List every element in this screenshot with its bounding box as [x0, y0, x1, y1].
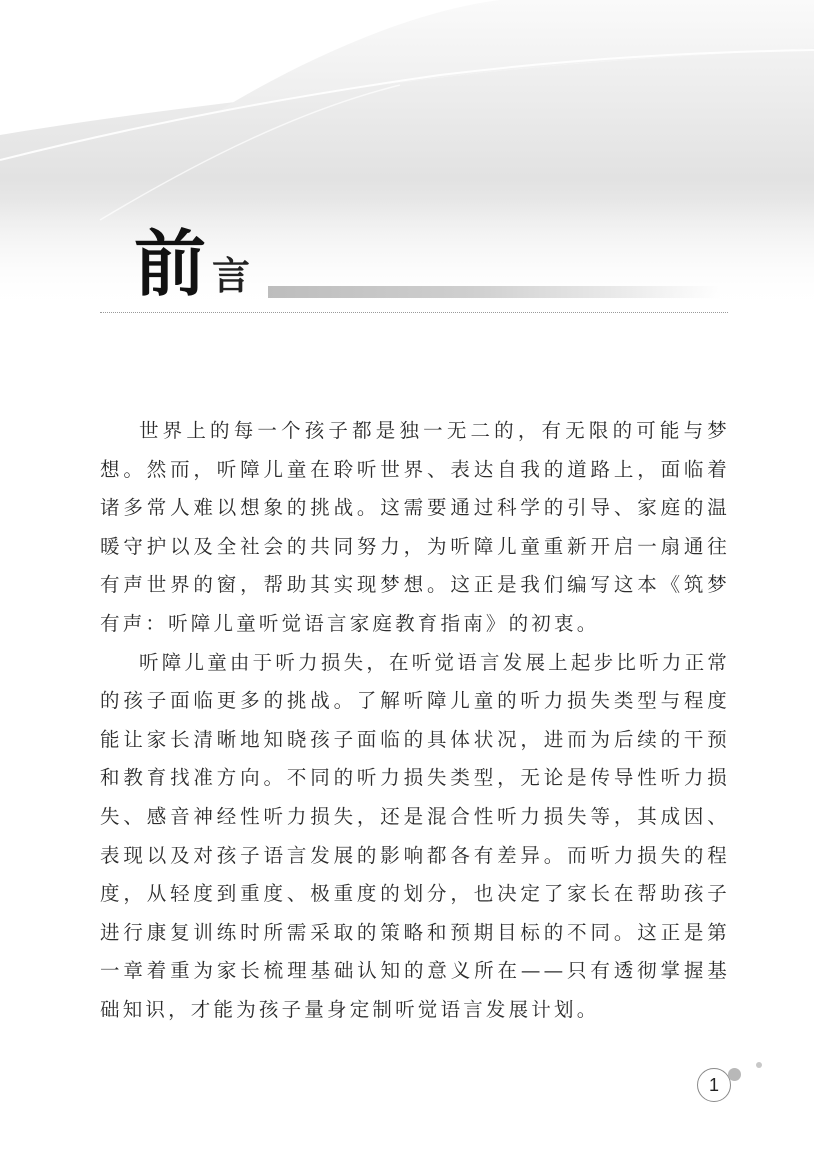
- dotted-divider: [100, 312, 728, 313]
- heading-gradient-bar: [268, 286, 720, 298]
- heading-large-char: 前: [134, 224, 206, 304]
- paragraph: 听障儿童由于听力损失，在听觉语言发展上起步比听力正常的孩子面临更多的挑战。了解听…: [100, 644, 730, 1030]
- page-number: 1: [697, 1068, 731, 1102]
- paragraph: 世界上的每一个孩子都是独一无二的，有无限的可能与梦想。然而，听障儿童在聆听世界、…: [100, 412, 730, 644]
- page-heading: 前 言: [134, 222, 250, 304]
- page-number-label: 1: [709, 1075, 719, 1096]
- decorative-dot-icon: [728, 1068, 741, 1081]
- heading-small-char: 言: [212, 254, 250, 298]
- decorative-dot-small-icon: [756, 1062, 762, 1068]
- preface-body: 世界上的每一个孩子都是独一无二的，有无限的可能与梦想。然而，听障儿童在聆听世界、…: [100, 412, 730, 1030]
- decorative-header-waves: [0, 0, 814, 310]
